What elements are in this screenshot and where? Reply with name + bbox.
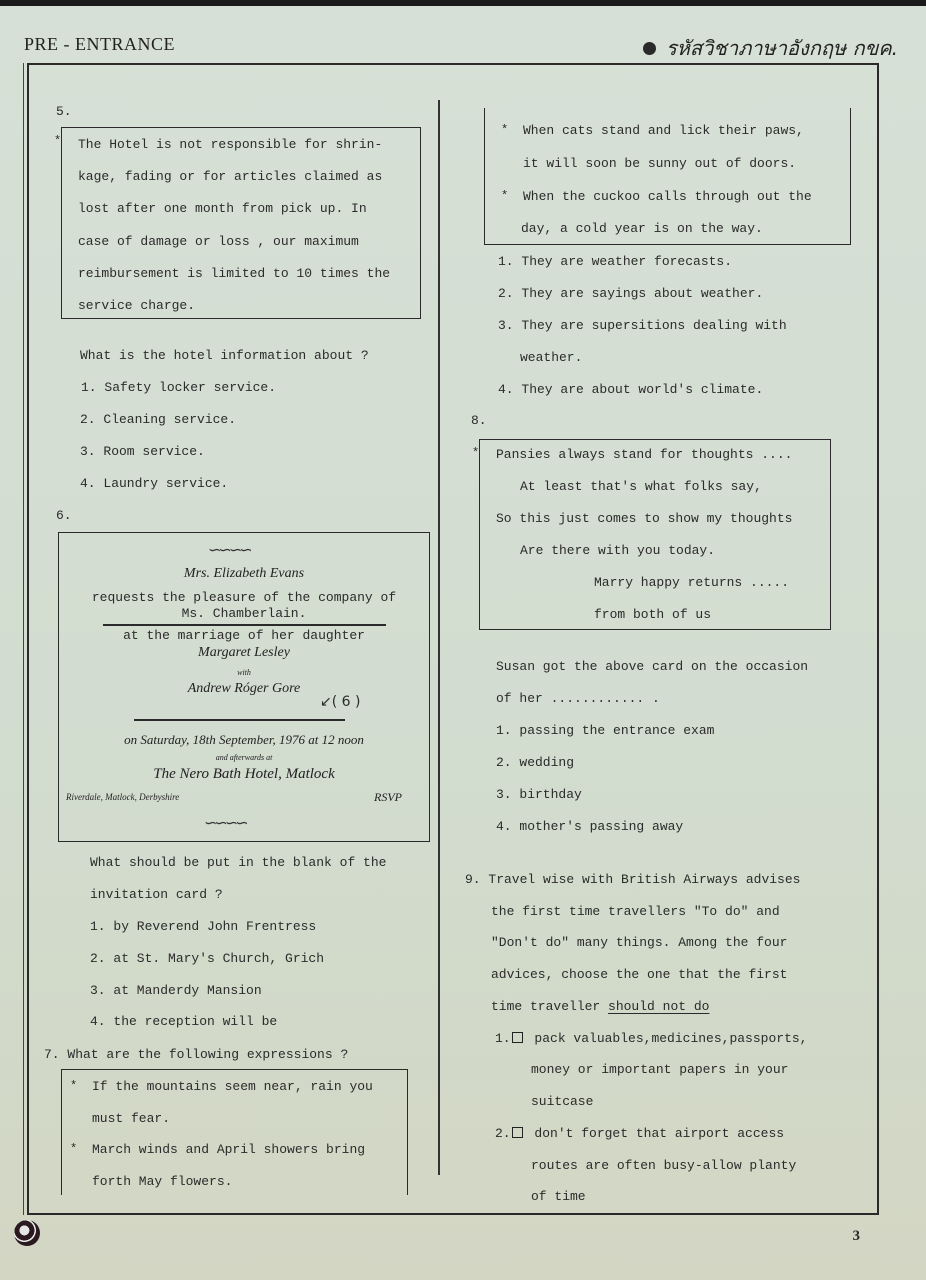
notice-line: lost after one month from pick up. In [78, 201, 367, 216]
question-9-option-2: 2. don't forget that airport access [495, 1126, 784, 1141]
option-text-continued: routes are often busy-allow planty [531, 1158, 796, 1173]
question-9-text: the first time travellers "To do" and [491, 904, 780, 919]
question-6-option: 3. at Manderdy Mansion [90, 983, 262, 998]
question-6-number: 6. [56, 508, 72, 523]
hotel-notice-box [61, 127, 421, 319]
invitation-with: with [58, 668, 430, 677]
divider-line [103, 624, 386, 626]
question-8-option: 2. wedding [496, 755, 574, 770]
invitation-request: requests the pleasure of the company of [58, 590, 430, 605]
question-6-option: 4. the reception will be [90, 1014, 277, 1029]
card-line: So this just comes to show my thoughts [496, 511, 792, 526]
saying-line: March winds and April showers bring [92, 1142, 365, 1157]
question-9-text: time traveller should not do [491, 999, 709, 1014]
notice-line: case of damage or loss , our maximum [78, 234, 359, 249]
saying-line: day, a cold year is on the way. [521, 221, 763, 236]
card-line: Pansies always stand for thoughts .... [496, 447, 792, 462]
card-line: from both of us [594, 607, 711, 622]
question-5-number: 5. [56, 104, 72, 119]
question-9-text-prefix: time traveller [491, 999, 608, 1014]
frame-double-line [23, 63, 24, 1215]
option-number: 1. [495, 1031, 511, 1046]
question-7-text: 7. What are the following expressions ? [44, 1047, 348, 1062]
card-line: Marry happy returns ..... [594, 575, 789, 590]
question-6-text: invitation card ? [90, 887, 223, 902]
saying-line: it will soon be sunny out of doors. [523, 156, 796, 171]
option-number: 2. [495, 1126, 511, 1141]
invitation-marriage: at the marriage of her daughter [58, 628, 430, 643]
option-text: pack valuables,medicines,passports, [534, 1031, 807, 1046]
question-5-option: 4. Laundry service. [80, 476, 228, 491]
checkbox-icon[interactable] [512, 1032, 523, 1043]
notice-line: The Hotel is not responsible for shrin- [78, 137, 382, 152]
ornament-icon: ∽∽∽∽ [204, 813, 246, 832]
bullet-icon: * [70, 1142, 77, 1156]
bullet-icon: * [70, 1079, 77, 1093]
saying-line: must fear. [92, 1111, 170, 1126]
option-text-continued: suitcase [531, 1094, 593, 1109]
question-7-option: 1. They are weather forecasts. [498, 254, 732, 269]
question-8-option: 1. passing the entrance exam [496, 723, 714, 738]
question-9-option-1: 1. pack valuables,medicines,passports, [495, 1031, 807, 1046]
blank-marker-label: ( 6 ) [332, 694, 361, 710]
question-6-text: What should be put in the blank of the [90, 855, 386, 870]
option-text-continued: money or important papers in your [531, 1062, 788, 1077]
question-8-number: 8. [471, 413, 487, 428]
bullet-icon [643, 42, 656, 55]
question-7-option: 2. They are sayings about weather. [498, 286, 763, 301]
question-9-text: "Don't do" many things. Among the four [491, 935, 787, 950]
invitation-date: on Saturday, 18th September, 1976 at 12 … [58, 732, 430, 748]
subject-code: รหัสวิชาภาษาอังกฤษ กขค. [666, 32, 898, 64]
invitation-afterwards: and afterwards at [58, 753, 430, 762]
question-5-text: What is the hotel information about ? [80, 348, 369, 363]
saying-line: If the mountains seem near, rain you [92, 1079, 373, 1094]
question-8-text: of her ............ . [496, 691, 660, 706]
question-8-option: 3. birthday [496, 787, 582, 802]
option-text-continued: of time [531, 1189, 586, 1204]
question-7-option-continued: weather. [520, 350, 582, 365]
invitation-guest: Ms. Chamberlain. [58, 606, 430, 621]
page-header-title: PRE - ENTRANCE [24, 34, 175, 55]
saying-line: When the cuckoo calls through out the [523, 189, 812, 204]
saying-line: forth May flowers. [92, 1174, 232, 1189]
question-8-text: Susan got the above card on the occasion [496, 659, 808, 674]
notice-line: reimbursement is limited to 10 times the [78, 266, 390, 281]
invitation-venue: The Nero Bath Hotel, Matlock [58, 766, 430, 783]
invitation-address: Riverdale, Matlock, Derbyshire [66, 792, 179, 802]
question-5-option: 2. Cleaning service. [80, 412, 236, 427]
question-9-text: advices, choose the one that the first [491, 967, 787, 982]
page-header-subject: รหัสวิชาภาษาอังกฤษ กขค. [643, 32, 898, 64]
notice-line: service charge. [78, 298, 195, 313]
blank-line [134, 719, 345, 721]
notice-line: kage, fading or for articles claimed as [78, 169, 382, 184]
bullet-icon: * [501, 189, 508, 203]
question-7-option: 4. They are about world's climate. [498, 382, 763, 397]
column-divider [438, 100, 440, 1175]
arrow-icon: ↙ [320, 694, 332, 710]
option-text: don't forget that airport access [534, 1126, 784, 1141]
emphasis-should-not-do: should not do [608, 999, 709, 1014]
question-7-option: 3. They are supersitions dealing with [498, 318, 787, 333]
card-line: At least that's what folks say, [520, 479, 762, 494]
question-5-option: 3. Room service. [80, 444, 205, 459]
publisher-logo-icon [14, 1220, 40, 1246]
scan-top-edge [0, 0, 926, 6]
bullet-icon: * [501, 123, 508, 137]
blank-marker: ↙( 6 ) [320, 694, 360, 710]
ornament-icon: ∽∽∽∽ [208, 540, 250, 559]
question-9-text: 9. Travel wise with British Airways advi… [465, 872, 800, 887]
question-6-option: 2. at St. Mary's Church, Grich [90, 951, 324, 966]
invitation-groom: Andrew Róger Gore [58, 681, 430, 697]
card-line: Are there with you today. [520, 543, 715, 558]
greeting-card-box [479, 439, 831, 630]
question-6-option: 1. by Reverend John Frentress [90, 919, 316, 934]
checkbox-icon[interactable] [512, 1127, 523, 1138]
page-number: 3 [853, 1228, 861, 1245]
question-8-option: 4. mother's passing away [496, 819, 683, 834]
invitation-rsvp: RSVP [374, 790, 402, 805]
question-5-option: 1. Safety locker service. [81, 380, 276, 395]
saying-line: When cats stand and lick their paws, [523, 123, 804, 138]
invitation-bride: Margaret Lesley [58, 645, 430, 661]
invitation-host: Mrs. Elizabeth Evans [58, 566, 430, 582]
